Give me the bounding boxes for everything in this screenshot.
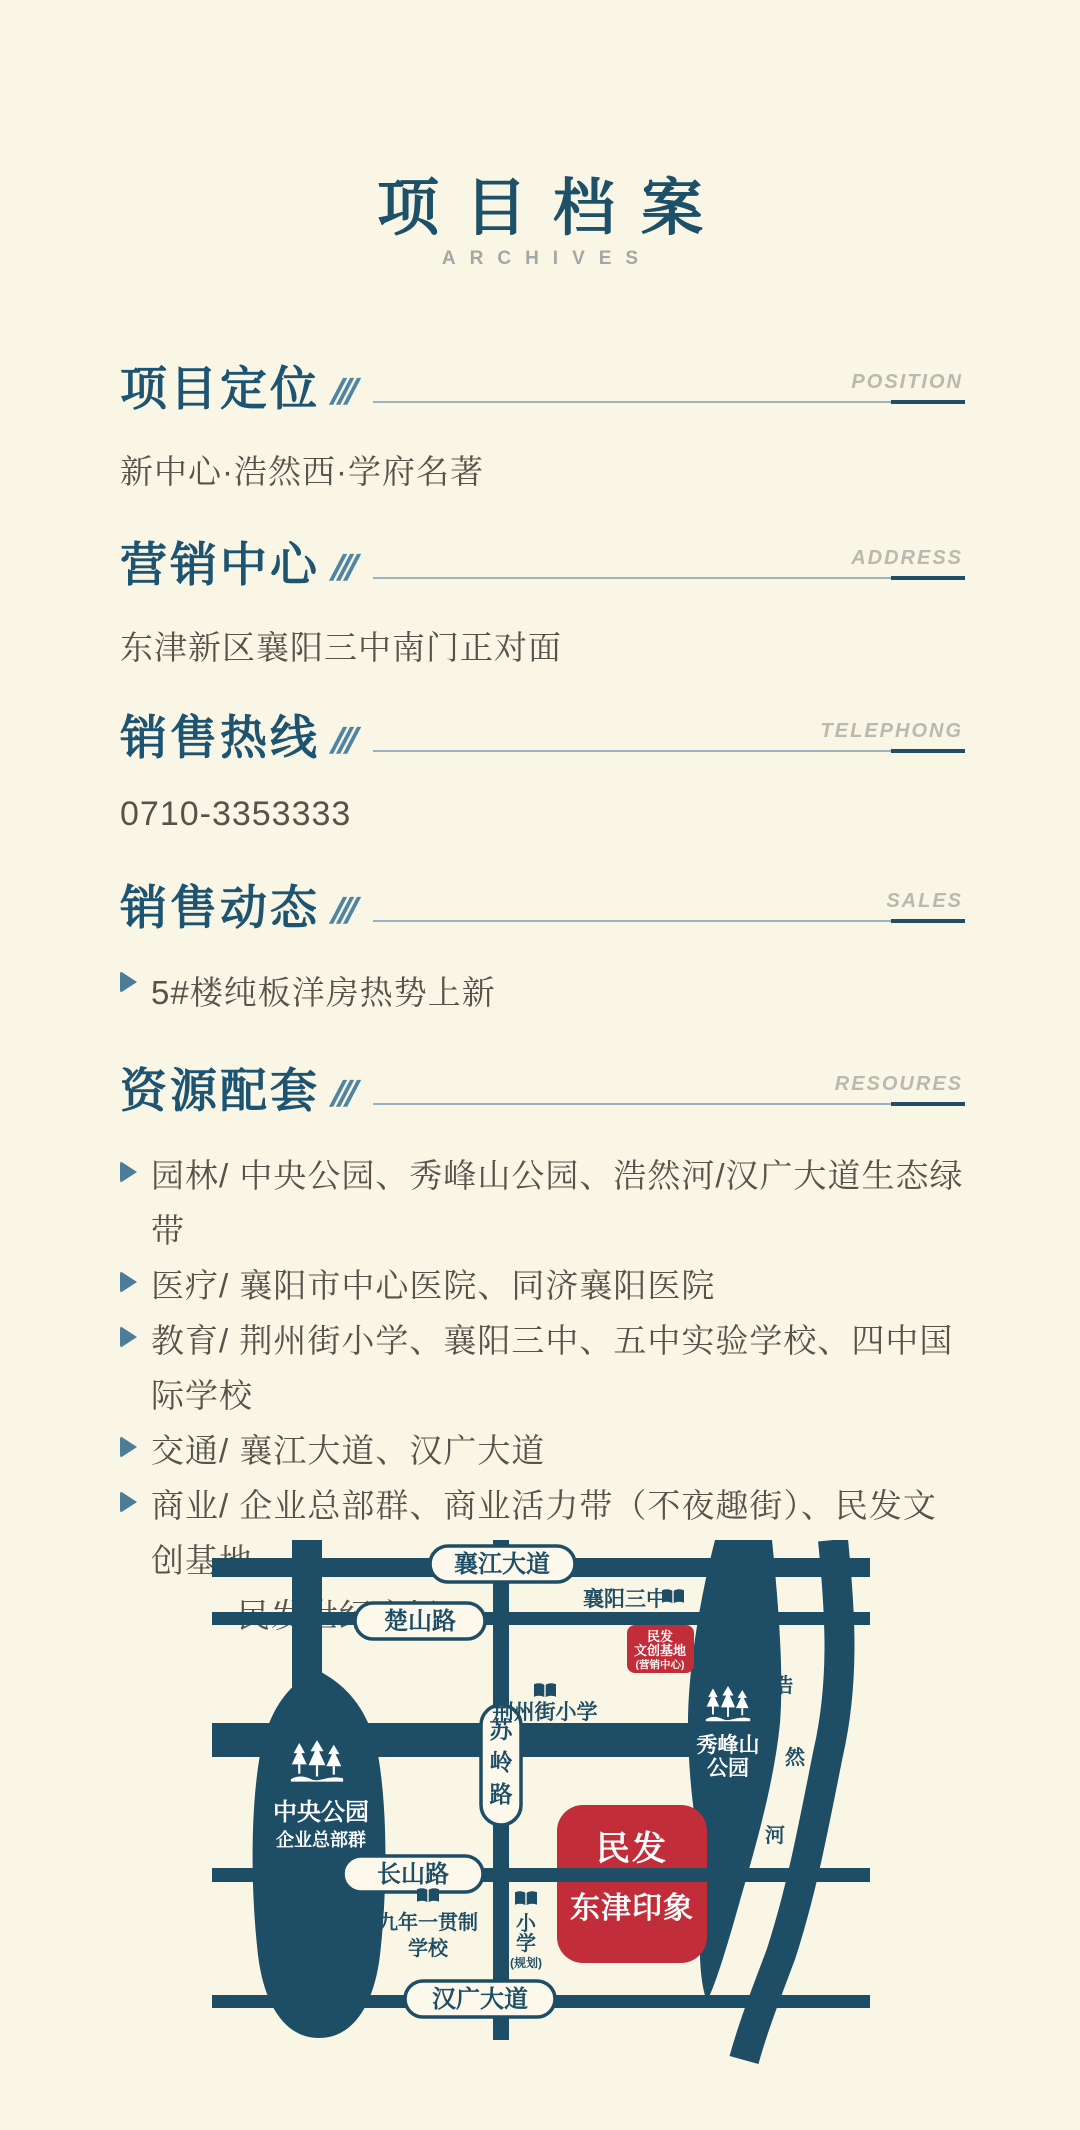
heading-rule: ADDRESS: [373, 535, 965, 579]
label-xiufeng-park-line1: 秀峰山: [697, 1733, 760, 1757]
heading-rule: POSITION: [373, 359, 965, 403]
section-heading: 资源配套: [120, 1067, 320, 1114]
rule-accent-segment: [891, 400, 965, 404]
cultural-base-line1: 民发: [647, 1629, 673, 1644]
road-label-hanguang: 汉广大道: [432, 1985, 528, 2013]
project-name-line2: 东津印象: [570, 1892, 694, 1925]
section-position: 项目定位 /// POSITION 新中心·浩然西·学府名著: [120, 360, 965, 493]
list-item: 园林/ 中央公园、秀峰山公园、浩然河/汉广大道生态绿带: [120, 1148, 965, 1258]
school-book-icon: [662, 1589, 684, 1604]
list-item-text: 医疗/ 襄阳市中心医院、同济襄阳医院: [151, 1258, 715, 1313]
rule-accent-segment: [891, 919, 965, 923]
rule-accent-segment: [891, 749, 965, 753]
section-heading: 销售热线: [120, 714, 320, 761]
rule-accent-segment: [891, 576, 965, 580]
section-content: 新中心·浩然西·学府名著: [120, 446, 965, 493]
section-tag-en: ADDRESS: [851, 547, 963, 570]
heading-rule: TELEPHONG: [373, 708, 965, 752]
project-name-line1: 民发: [596, 1830, 668, 1868]
list-item-text: 5#楼纯板洋房热势上新: [151, 965, 496, 1020]
section-heading: 项目定位: [120, 365, 320, 412]
cultural-base-line2: 文创基地: [634, 1643, 686, 1658]
school-book-icon: [515, 1891, 537, 1906]
list-item: 教育/ 荆州街小学、襄阳三中、五中实验学校、四中国际学校: [120, 1313, 965, 1423]
location-map: 民发 文创基地 (营销中心) 民发 东津印象 襄江大道 楚山路 苏 岭 路 长山…: [195, 1540, 885, 2065]
section-tag-en: RESOURES: [835, 1073, 963, 1096]
triangle-bullet-icon: [120, 1161, 137, 1183]
slashes-decoration: ///: [329, 374, 355, 410]
road-label-suling-2: 岭: [490, 1749, 513, 1775]
slashes-decoration: ///: [329, 1076, 355, 1112]
road-changshan-overpass: [535, 1868, 735, 1882]
label-river-char2: 然: [785, 1745, 806, 1769]
school-book-icon: [417, 1888, 439, 1903]
list-item-text: 交通/ 襄江大道、汉广大道: [151, 1423, 545, 1478]
road-label-changshan: 长山路: [377, 1860, 449, 1888]
section-hotline: 销售热线 /// TELEPHONG 0710-3353333: [120, 709, 965, 834]
label-xiufeng-park-line2: 公园: [707, 1757, 749, 1780]
triangle-bullet-icon: [120, 1436, 137, 1458]
list-item: 医疗/ 襄阳市中心医院、同济襄阳医院: [120, 1258, 965, 1313]
label-enterprise-hq: 企业总部群: [276, 1829, 366, 1850]
school-book-icon: [534, 1683, 556, 1698]
slashes-decoration: ///: [329, 723, 355, 759]
triangle-bullet-icon: [120, 971, 137, 993]
label-primary-school-char2: 学: [516, 1931, 536, 1955]
heading-rule: SALES: [373, 878, 965, 922]
project-archive-poster: 项目档案 ARCHIVES 项目定位 /// POSITION 新中心·浩然西·…: [0, 0, 1080, 2130]
label-sanzhong-school: 襄阳三中: [583, 1587, 667, 1611]
section-address: 营销中心 /// ADDRESS 东津新区襄阳三中南门正对面: [120, 536, 965, 669]
road-label-chushan: 楚山路: [384, 1607, 456, 1635]
rule-accent-segment: [891, 1102, 965, 1106]
section-tag-en: TELEPHONG: [821, 720, 963, 743]
section-tag-en: POSITION: [851, 371, 963, 394]
phone-number: 0710-3353333: [120, 795, 965, 834]
section-heading-row: 销售动态 /// SALES: [120, 879, 965, 931]
slashes-decoration: ///: [329, 550, 355, 586]
section-heading-row: 资源配套 /// RESOURES: [120, 1062, 965, 1114]
project-site-marker: [557, 1805, 707, 1963]
section-sales: 销售动态 /// SALES 5#楼纯板洋房热势上新: [120, 879, 965, 1020]
list-item-text: 教育/ 荆州街小学、襄阳三中、五中实验学校、四中国际学校: [151, 1313, 965, 1423]
road-label-xiangjiang: 襄江大道: [454, 1550, 550, 1578]
road-label-suling-3: 路: [490, 1781, 513, 1807]
sales-news-list: 5#楼纯板洋房热势上新: [120, 965, 965, 1020]
triangle-bullet-icon: [120, 1271, 137, 1293]
section-heading-row: 营销中心 /// ADDRESS: [120, 536, 965, 588]
list-item-text: 园林/ 中央公园、秀峰山公园、浩然河/汉广大道生态绿带: [151, 1148, 965, 1258]
central-park-area: [253, 1670, 386, 2038]
label-central-park: 中央公园: [273, 1799, 369, 1826]
label-river-char3: 河: [765, 1824, 785, 1847]
section-tag-en: SALES: [886, 890, 963, 913]
section-heading-row: 销售热线 /// TELEPHONG: [120, 709, 965, 761]
page-title: 项目档案: [0, 158, 1080, 247]
cultural-base-line3: (营销中心): [636, 1658, 685, 1671]
page-subtitle: ARCHIVES: [0, 248, 1080, 270]
triangle-bullet-icon: [120, 1491, 137, 1513]
slashes-decoration: ///: [329, 893, 355, 929]
list-item: 交通/ 襄江大道、汉广大道: [120, 1423, 965, 1478]
list-item: 5#楼纯板洋房热势上新: [120, 965, 965, 1020]
section-heading: 销售动态: [120, 884, 320, 931]
heading-rule: RESOURES: [373, 1061, 965, 1105]
road-vertical-left: [292, 1540, 322, 1690]
label-jingzhou-school: 荆州街小学: [493, 1700, 598, 1724]
section-heading-row: 项目定位 /// POSITION: [120, 360, 965, 412]
label-river-char1: 浩: [773, 1673, 793, 1697]
label-nine-year-school-line1: 九年一贯制: [378, 1910, 478, 1934]
section-content: 东津新区襄阳三中南门正对面: [120, 622, 965, 669]
triangle-bullet-icon: [120, 1326, 137, 1348]
label-primary-school-planned: (规划): [510, 1955, 542, 1970]
section-heading: 营销中心: [120, 541, 320, 588]
label-primary-school-char1: 小: [516, 1912, 537, 1935]
label-nine-year-school-line2: 学校: [408, 1936, 449, 1960]
